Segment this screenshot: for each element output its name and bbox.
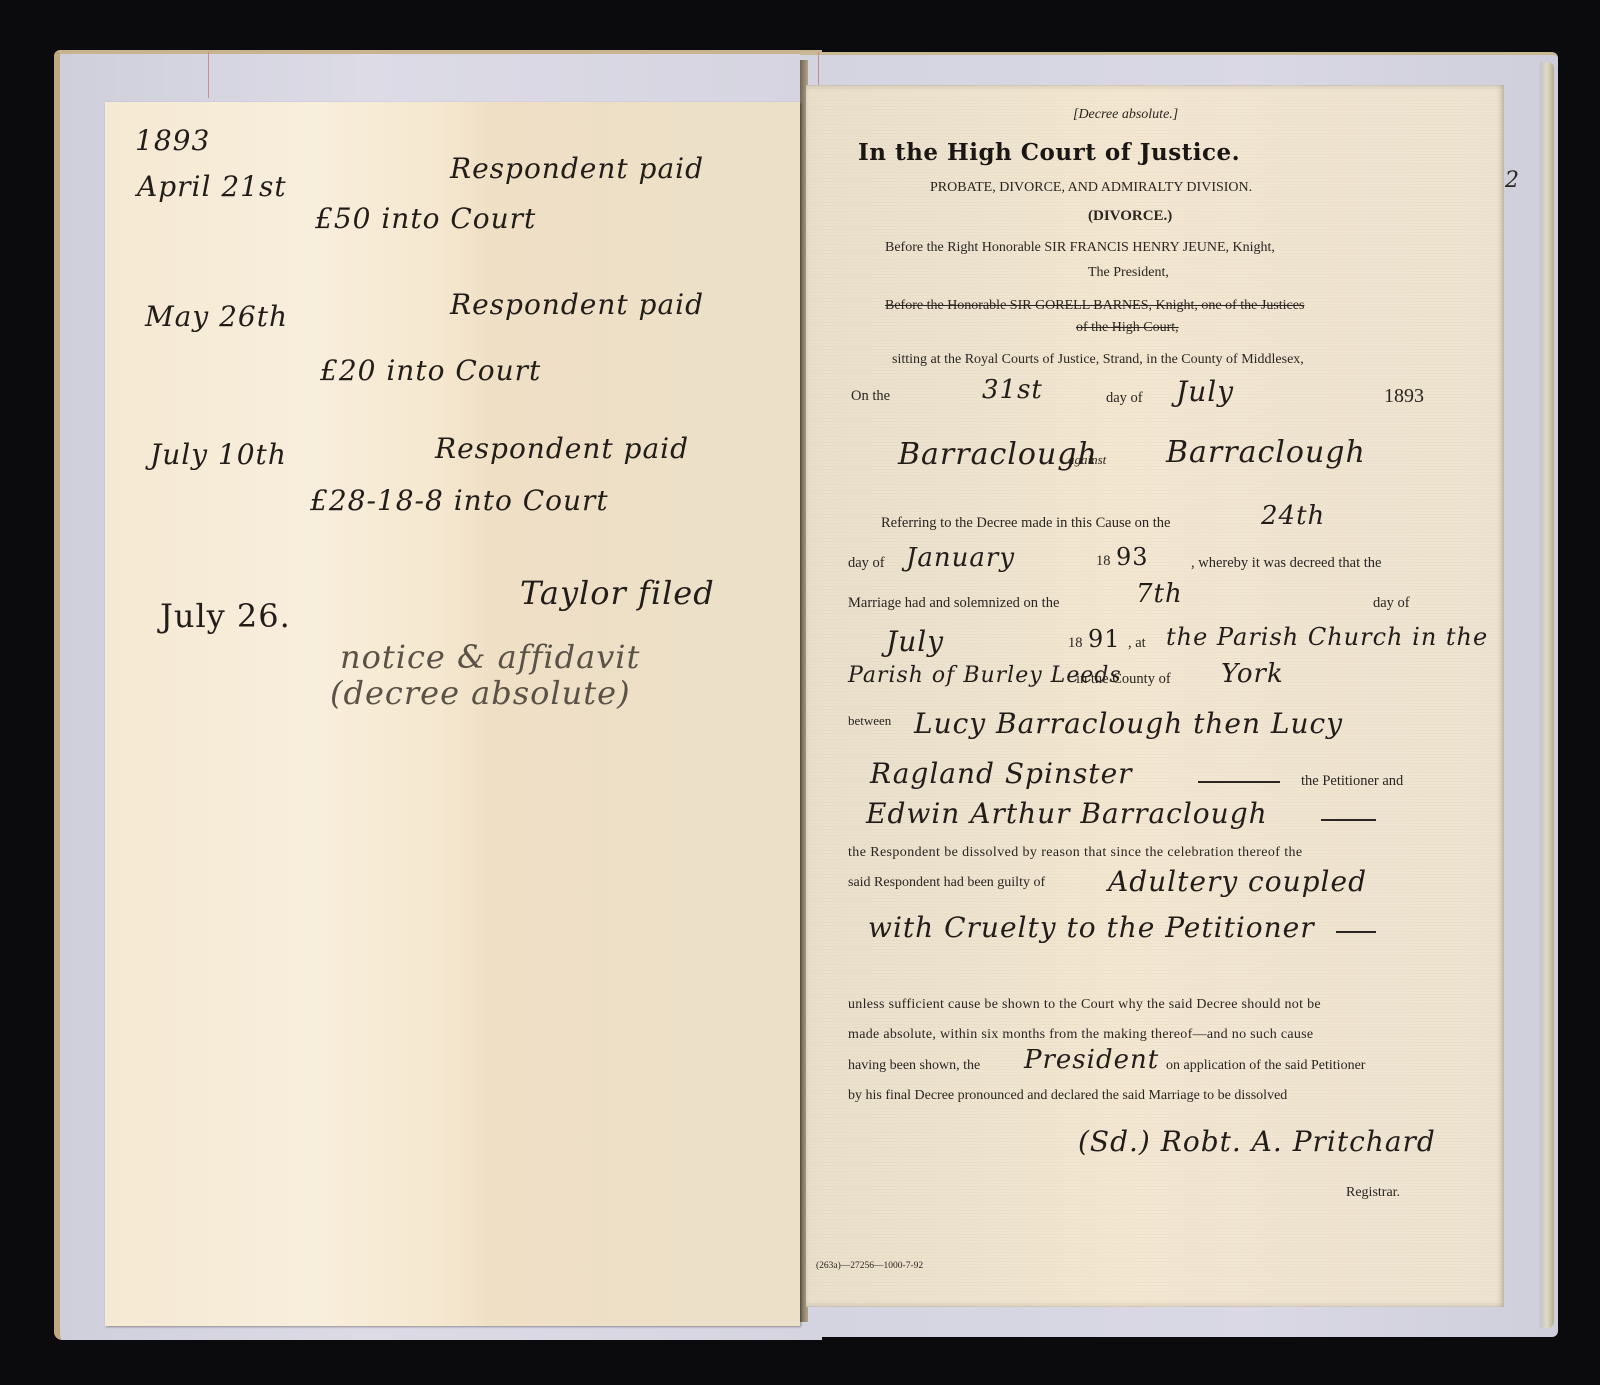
dissolved-line: the Respondent be dissolved by reason th… bbox=[848, 845, 1303, 861]
decree-month: January bbox=[906, 543, 1015, 573]
petitioner-maiden-name: Ragland Spinster bbox=[870, 757, 1133, 790]
at-label: , at bbox=[1128, 635, 1146, 652]
marriage-day: 7th bbox=[1136, 579, 1183, 609]
year-heading: 1893 bbox=[135, 124, 210, 157]
against-label: against bbox=[1068, 452, 1106, 468]
unless-line-cont: made absolute, within six months from th… bbox=[848, 1027, 1313, 1043]
struck-judge-line-cont: of the High Court, bbox=[1076, 320, 1179, 336]
unless-line: unless sufficient cause be shown to the … bbox=[848, 997, 1321, 1013]
entry-amount: £50 into Court bbox=[315, 202, 536, 235]
decree-year-prefix: 18 bbox=[1096, 553, 1111, 570]
entry-amount: £20 into Court bbox=[320, 354, 541, 387]
registrar-label: Registrar. bbox=[1346, 1185, 1400, 1201]
party-respondent-surname: Barraclough bbox=[1166, 435, 1366, 470]
marriage-place: the Parish Church in the bbox=[1166, 623, 1488, 651]
whereby-line: , whereby it was decreed that the bbox=[1191, 555, 1381, 572]
respondent-name: Edwin Arthur Barraclough bbox=[866, 797, 1268, 830]
sitting-line: sitting at the Royal Courts of Justice, … bbox=[892, 352, 1304, 368]
day-of-label: day of bbox=[1106, 390, 1143, 407]
petitioner-label: the Petitioner and bbox=[1301, 773, 1403, 790]
entry-text: Respondent paid bbox=[450, 288, 704, 321]
entry-amount: £28-18-8 into Court bbox=[310, 484, 609, 517]
hearing-month: July bbox=[1176, 375, 1234, 408]
marriage-county: York bbox=[1221, 659, 1284, 689]
hearing-day: 31st bbox=[982, 375, 1043, 405]
having-label: having been shown, the bbox=[848, 1058, 980, 1074]
fill-dash bbox=[1321, 819, 1376, 821]
entry-date: April 21st bbox=[137, 170, 287, 203]
decree-day: 24th bbox=[1261, 501, 1325, 531]
section-heading: (DIVORCE.) bbox=[1088, 208, 1172, 225]
judge-title: The President, bbox=[1088, 265, 1169, 281]
between-label: between bbox=[848, 713, 891, 729]
final-decree-line: by his final Decree pronounced and decla… bbox=[848, 1088, 1287, 1104]
grounds: Adultery coupled bbox=[1108, 865, 1367, 898]
margin-rule bbox=[208, 52, 209, 98]
entry-date: May 26th bbox=[145, 300, 288, 333]
application-text: on application of the said Petitioner bbox=[1166, 1058, 1365, 1074]
petitioner-name: Lucy Barraclough then Lucy bbox=[914, 707, 1343, 740]
marriage-label: Marriage had and solemnized on the bbox=[848, 595, 1059, 612]
left-handwritten-sheet: 1893 April 21st Respondent paid £50 into… bbox=[105, 102, 800, 1326]
division-heading: PROBATE, DIVORCE, AND ADMIRALTY DIVISION… bbox=[930, 180, 1252, 196]
referring-line: Referring to the Decree made in this Cau… bbox=[881, 515, 1171, 532]
guilty-label: said Respondent had been guilty of bbox=[848, 875, 1045, 891]
decree-absolute-form: [Decree absolute.] In the High Court of … bbox=[806, 85, 1504, 1307]
day-of-label: day of bbox=[848, 555, 885, 572]
hearing-year: 1893 bbox=[1384, 385, 1424, 408]
court-title: In the High Court of Justice. bbox=[858, 139, 1240, 166]
decree-year: 93 bbox=[1116, 543, 1149, 571]
on-the-label: On the bbox=[851, 388, 890, 405]
marriage-year-prefix: 18 bbox=[1068, 635, 1083, 652]
entry-text: Taylor filed bbox=[520, 574, 715, 612]
entry-text: notice & affidavit bbox=[340, 638, 640, 676]
county-label: in the County of bbox=[1076, 671, 1171, 688]
judge-line: Before the Right Honorable SIR FRANCIS H… bbox=[885, 240, 1275, 256]
marriage-year: 91 bbox=[1088, 625, 1121, 653]
entry-text: Respondent paid bbox=[435, 432, 689, 465]
day-of-label: day of bbox=[1373, 595, 1410, 612]
entry-text: Respondent paid bbox=[450, 152, 704, 185]
marriage-month: July bbox=[886, 625, 944, 658]
print-code: (263a)—27256—1000-7-92 bbox=[816, 1261, 923, 1271]
grounds-cont: with Cruelty to the Petitioner bbox=[868, 911, 1315, 944]
entry-text: (decree absolute) bbox=[330, 674, 631, 712]
registrar-signature: (Sd.) Robt. A. Pritchard bbox=[1078, 1125, 1436, 1158]
entry-date: July 10th bbox=[150, 438, 287, 471]
margin-note: 2 bbox=[1505, 168, 1519, 193]
entry-date: July 26. bbox=[160, 597, 291, 635]
fill-dash bbox=[1198, 781, 1280, 783]
form-label: [Decree absolute.] bbox=[1073, 107, 1178, 123]
judge-name: President bbox=[1024, 1045, 1159, 1075]
fill-dash bbox=[1336, 931, 1376, 933]
struck-judge-line: Before the Honorable SIR GORELL BARNES, … bbox=[885, 298, 1304, 314]
page-edges bbox=[1540, 62, 1554, 1328]
